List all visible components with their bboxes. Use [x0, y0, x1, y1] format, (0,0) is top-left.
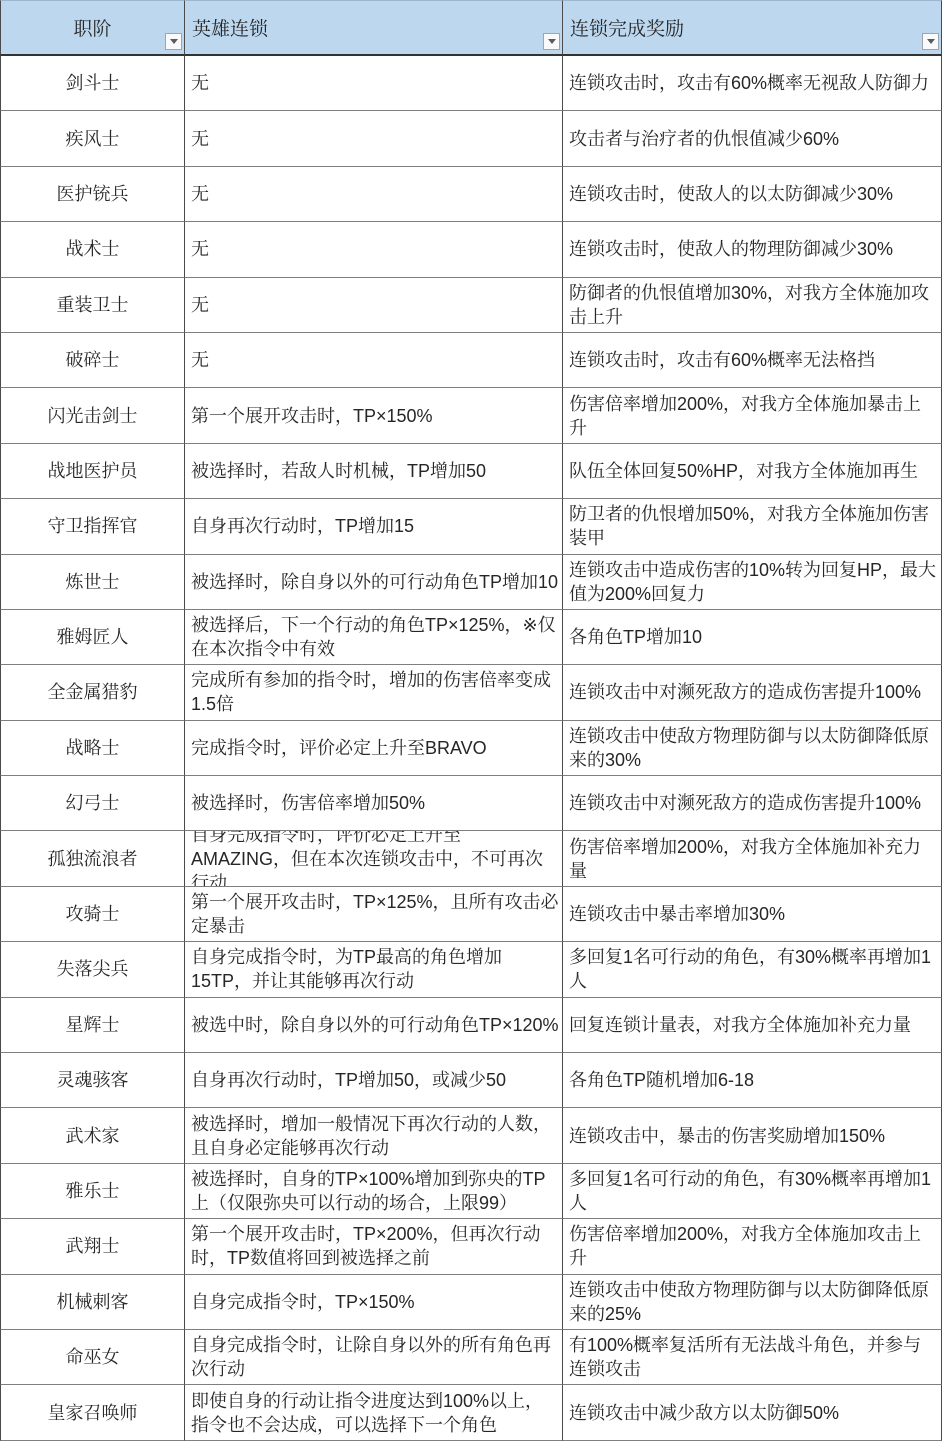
reward-cell-text: 多回复1名可行动的角色，有30%概率再增加1人	[569, 945, 938, 993]
hero-chain-cell[interactable]: 被选择时，除自身以外的可行动角色TP增加10	[185, 555, 563, 610]
class-cell-text: 守卫指挥官	[48, 514, 138, 538]
class-cell[interactable]: 剑斗士	[0, 56, 185, 111]
spreadsheet-viewport: 职阶 英雄连锁 连锁完成奖励 剑斗士无连锁攻击时，攻击有60%概率无视敌人防御力…	[0, 0, 942, 1441]
class-cell-text: 失落尖兵	[57, 957, 129, 981]
reward-cell[interactable]: 伤害倍率增加200%，对我方全体施加补充力量	[563, 831, 942, 886]
reward-cell-text: 防御者的仇恨值增加30%，对我方全体施加攻击上升	[569, 281, 938, 329]
hero-chain-cell[interactable]: 被选择时，自身的TP×100%增加到弥央的TP上（仅限弥央可以行动的场合，上限9…	[185, 1164, 563, 1219]
class-cell[interactable]: 炼世士	[0, 555, 185, 610]
class-cell[interactable]: 失落尖兵	[0, 942, 185, 997]
hero-chain-cell[interactable]: 被选择后，下一个行动的角色TP×125%，※仅在本次指令中有效	[185, 610, 563, 665]
class-cell[interactable]: 全金属猎豹	[0, 665, 185, 720]
reward-cell-text: 各角色TP增加10	[569, 625, 702, 649]
class-cell-text: 武术家	[66, 1124, 120, 1148]
hero-chain-cell-text: 自身完成指令时，TP×150%	[191, 1290, 415, 1314]
class-cell[interactable]: 武翔士	[0, 1219, 185, 1274]
hero-chain-cell[interactable]: 被选中时，除自身以外的可行动角色TP×120%	[185, 998, 563, 1053]
reward-cell[interactable]: 回复连锁计量表，对我方全体施加补充力量	[563, 998, 942, 1053]
chevron-down-icon	[170, 39, 178, 44]
class-cell[interactable]: 战地医护员	[0, 444, 185, 499]
class-cell[interactable]: 机械刺客	[0, 1275, 185, 1330]
hero-chain-cell[interactable]: 自身再次行动时，TP增加15	[185, 499, 563, 554]
class-cell-text: 战术士	[66, 237, 120, 261]
class-cell-text: 炼世士	[66, 570, 120, 594]
reward-cell-text: 连锁攻击中使敌方物理防御与以太防御降低原来的25%	[569, 1278, 938, 1326]
hero-chain-cell-text: 被选择后，下一个行动的角色TP×125%，※仅在本次指令中有效	[191, 613, 559, 661]
reward-cell[interactable]: 连锁攻击中对濒死敌方的造成伤害提升100%	[563, 776, 942, 831]
hero-chain-cell-text: 无	[191, 71, 209, 95]
class-cell-text: 武翔士	[66, 1234, 120, 1258]
reward-cell-text: 各角色TP随机增加6-18	[569, 1068, 754, 1092]
hero-chain-cell-text: 无	[191, 293, 209, 317]
column-header-reward-label: 连锁完成奖励	[570, 14, 684, 41]
hero-chain-cell[interactable]: 自身完成指令时，TP×150%	[185, 1275, 563, 1330]
filter-button-hero-chain[interactable]	[543, 33, 560, 50]
reward-cell[interactable]: 队伍全体回复50%HP，对我方全体施加再生	[563, 444, 942, 499]
reward-cell[interactable]: 连锁攻击时，使敌人的以太防御减少30%	[563, 167, 942, 222]
class-cell-text: 破碎士	[66, 348, 120, 372]
class-cell[interactable]: 幻弓士	[0, 776, 185, 831]
hero-chain-cell-text: 完成指令时，评价必定上升至BRAVO	[191, 736, 487, 760]
reward-cell-text: 多回复1名可行动的角色，有30%概率再增加1人	[569, 1167, 938, 1215]
class-cell[interactable]: 命巫女	[0, 1330, 185, 1385]
reward-cell-text: 连锁攻击中暴击率增加30%	[569, 902, 785, 926]
filter-button-reward[interactable]	[922, 33, 939, 50]
column-header-class-label: 职阶	[73, 14, 111, 41]
hero-chain-cell[interactable]: 第一个展开攻击时，TP×150%	[185, 388, 563, 443]
hero-chain-cell-text: 被选中时，除自身以外的可行动角色TP×120%	[191, 1013, 559, 1037]
class-cell-text: 疾风士	[66, 127, 120, 151]
reward-cell[interactable]: 防卫者的仇恨增加50%，对我方全体施加伤害装甲	[563, 499, 942, 554]
reward-cell-text: 攻击者与治疗者的仇恨值减少60%	[569, 127, 839, 151]
class-cell[interactable]: 守卫指挥官	[0, 499, 185, 554]
class-cell-text: 战略士	[66, 736, 120, 760]
reward-cell[interactable]: 连锁攻击中，暴击的伤害奖励增加150%	[563, 1108, 942, 1163]
class-cell-text: 战地医护员	[48, 459, 138, 483]
reward-cell-text: 连锁攻击时，使敌人的物理防御减少30%	[569, 237, 893, 261]
class-cell-text: 闪光击剑士	[48, 404, 138, 428]
hero-chain-cell[interactable]: 完成所有参加的指令时，增加的伤害倍率变成1.5倍	[185, 665, 563, 720]
reward-cell[interactable]: 连锁攻击中减少敌方以太防御50%	[563, 1385, 942, 1440]
reward-cell[interactable]: 连锁攻击中暴击率增加30%	[563, 887, 942, 942]
column-header-class[interactable]: 职阶	[0, 0, 185, 56]
class-cell-text: 幻弓士	[66, 791, 120, 815]
hero-chain-cell-text: 被选择时，若敌人时机械，TP增加50	[191, 459, 486, 483]
hero-chain-cell[interactable]: 自身完成指令时，为TP最高的角色增加15TP，并让其能够再次行动	[185, 942, 563, 997]
reward-cell-text: 伤害倍率增加200%，对我方全体施加攻击上升	[569, 1222, 938, 1270]
reward-cell[interactable]: 连锁攻击中使敌方物理防御与以太防御降低原来的30%	[563, 721, 942, 776]
hero-chain-cell[interactable]: 自身完成指令时，让除自身以外的所有角色再次行动	[185, 1330, 563, 1385]
class-cell[interactable]: 医护铳兵	[0, 167, 185, 222]
hero-chain-cell[interactable]: 被选择时，伤害倍率增加50%	[185, 776, 563, 831]
reward-cell[interactable]: 连锁攻击时，使敌人的物理防御减少30%	[563, 222, 942, 277]
class-cell-text: 孤独流浪者	[48, 847, 138, 871]
reward-cell-text: 连锁攻击中减少敌方以太防御50%	[569, 1401, 839, 1425]
hero-chain-cell-text: 无	[191, 182, 209, 206]
reward-cell-text: 连锁攻击中对濒死敌方的造成伤害提升100%	[569, 791, 921, 815]
class-cell[interactable]: 闪光击剑士	[0, 388, 185, 443]
reward-cell-text: 连锁攻击时，攻击有60%概率无法格挡	[569, 348, 875, 372]
class-cell[interactable]: 攻骑士	[0, 887, 185, 942]
hero-chain-cell[interactable]: 完成指令时，评价必定上升至BRAVO	[185, 721, 563, 776]
hero-chain-cell-text: 完成所有参加的指令时，增加的伤害倍率变成1.5倍	[191, 668, 559, 716]
class-cell-text: 全金属猎豹	[48, 680, 138, 704]
hero-chain-cell-text: 被选择时，伤害倍率增加50%	[191, 791, 425, 815]
hero-chain-cell[interactable]: 被选择时，增加一般情况下再次行动的人数，且自身必定能够再次行动	[185, 1108, 563, 1163]
reward-cell[interactable]: 连锁攻击时，攻击有60%概率无视敌人防御力	[563, 56, 942, 111]
column-header-hero-chain[interactable]: 英雄连锁	[185, 0, 563, 56]
hero-chain-cell-text: 被选择时，增加一般情况下再次行动的人数，且自身必定能够再次行动	[191, 1112, 559, 1160]
hero-chain-cell[interactable]: 无	[185, 56, 563, 111]
reward-cell[interactable]: 连锁攻击中对濒死敌方的造成伤害提升100%	[563, 665, 942, 720]
class-cell[interactable]: 雅姆匠人	[0, 610, 185, 665]
class-cell[interactable]: 星辉士	[0, 998, 185, 1053]
column-header-hero-chain-label: 英雄连锁	[192, 14, 268, 41]
reward-cell-text: 连锁攻击中，暴击的伤害奖励增加150%	[569, 1124, 885, 1148]
reward-cell-text: 回复连锁计量表，对我方全体施加补充力量	[569, 1013, 911, 1037]
hero-chain-cell[interactable]: 自身再次行动时，TP增加50，或减少50	[185, 1053, 563, 1108]
class-cell-text: 命巫女	[66, 1345, 120, 1369]
reward-cell[interactable]: 攻击者与治疗者的仇恨值减少60%	[563, 111, 942, 166]
class-cell[interactable]: 重装卫士	[0, 278, 185, 333]
reward-cell[interactable]: 多回复1名可行动的角色，有30%概率再增加1人	[563, 942, 942, 997]
class-cell[interactable]: 雅乐士	[0, 1164, 185, 1219]
class-cell-text: 灵魂骇客	[57, 1068, 129, 1092]
class-cell-text: 机械刺客	[57, 1290, 129, 1314]
reward-cell-text: 连锁攻击中使敌方物理防御与以太防御降低原来的30%	[569, 724, 938, 772]
reward-cell-text: 连锁攻击时，使敌人的以太防御减少30%	[569, 182, 893, 206]
reward-cell[interactable]: 连锁攻击中造成伤害的10%转为回复HP，最大值为200%回复力	[563, 555, 942, 610]
reward-cell[interactable]: 有100%概率复活所有无法战斗角色，并参与连锁攻击	[563, 1330, 942, 1385]
reward-cell[interactable]: 伤害倍率增加200%，对我方全体施加暴击上升	[563, 388, 942, 443]
hero-chain-cell[interactable]: 无	[185, 333, 563, 388]
class-cell[interactable]: 战略士	[0, 721, 185, 776]
reward-cell-text: 伤害倍率增加200%，对我方全体施加暴击上升	[569, 392, 938, 440]
class-cell[interactable]: 皇家召唤师	[0, 1385, 185, 1440]
hero-chain-cell-text: 无	[191, 127, 209, 151]
hero-chain-cell-text: 自身再次行动时，TP增加50，或减少50	[191, 1068, 506, 1092]
hero-chain-cell[interactable]: 即使自身的行动让指令进度达到100%以上，指令也不会达成，可以选择下一个角色	[185, 1385, 563, 1440]
class-cell-text: 雅姆匠人	[57, 625, 129, 649]
hero-chain-cell-text: 第一个展开攻击时，TP×200%，但再次行动时，TP数值将回到被选择之前	[191, 1222, 559, 1270]
hero-chain-cell-text: 自身再次行动时，TP增加15	[191, 514, 414, 538]
reward-cell-text: 连锁攻击时，攻击有60%概率无视敌人防御力	[569, 71, 929, 95]
hero-chain-cell[interactable]: 无	[185, 167, 563, 222]
hero-chain-cell[interactable]: 自身完成指令时，评价必定上升至AMAZING，但在本次连锁攻击中，不可再次行动	[185, 831, 563, 886]
hero-chain-cell-text: 自身完成指令时，为TP最高的角色增加15TP，并让其能够再次行动	[191, 945, 559, 993]
class-cell[interactable]: 战术士	[0, 222, 185, 277]
class-cell[interactable]: 破碎士	[0, 333, 185, 388]
reward-cell-text: 伤害倍率增加200%，对我方全体施加补充力量	[569, 835, 938, 883]
hero-chain-cell-text: 无	[191, 348, 209, 372]
hero-chain-cell[interactable]: 第一个展开攻击时，TP×125%，且所有攻击必定暴击	[185, 887, 563, 942]
hero-chain-cell-text: 被选择时，除自身以外的可行动角色TP增加10	[191, 570, 558, 594]
reward-cell-text: 队伍全体回复50%HP，对我方全体施加再生	[569, 459, 918, 483]
reward-cell[interactable]: 各角色TP增加10	[563, 610, 942, 665]
reward-cell[interactable]: 连锁攻击中使敌方物理防御与以太防御降低原来的25%	[563, 1275, 942, 1330]
reward-cell[interactable]: 连锁攻击时，攻击有60%概率无法格挡	[563, 333, 942, 388]
hero-chain-cell[interactable]: 被选择时，若敌人时机械，TP增加50	[185, 444, 563, 499]
class-cell-text: 皇家召唤师	[48, 1401, 138, 1425]
reward-cell-text: 连锁攻击中对濒死敌方的造成伤害提升100%	[569, 680, 921, 704]
reward-cell[interactable]: 多回复1名可行动的角色，有30%概率再增加1人	[563, 1164, 942, 1219]
class-cell-text: 攻骑士	[66, 902, 120, 926]
class-cell[interactable]: 孤独流浪者	[0, 831, 185, 886]
class-cell-text: 医护铳兵	[57, 182, 129, 206]
class-cell[interactable]: 武术家	[0, 1108, 185, 1163]
hero-chain-cell[interactable]: 无	[185, 222, 563, 277]
reward-cell-text: 连锁攻击中造成伤害的10%转为回复HP，最大值为200%回复力	[569, 558, 938, 606]
column-header-reward[interactable]: 连锁完成奖励	[563, 0, 942, 56]
hero-chain-cell[interactable]: 无	[185, 111, 563, 166]
class-cell-text: 星辉士	[66, 1013, 120, 1037]
reward-cell[interactable]: 各角色TP随机增加6-18	[563, 1053, 942, 1108]
hero-chain-cell[interactable]: 无	[185, 278, 563, 333]
hero-chain-cell-text: 第一个展开攻击时，TP×150%	[191, 404, 433, 428]
chevron-down-icon	[927, 39, 935, 44]
reward-cell-text: 防卫者的仇恨增加50%，对我方全体施加伤害装甲	[569, 502, 938, 550]
hero-chain-cell-text: 自身完成指令时，让除自身以外的所有角色再次行动	[191, 1333, 559, 1381]
class-cell-text: 重装卫士	[57, 293, 129, 317]
hero-chain-cell-text: 即使自身的行动让指令进度达到100%以上，指令也不会达成，可以选择下一个角色	[191, 1389, 559, 1437]
class-cell[interactable]: 疾风士	[0, 111, 185, 166]
reward-cell-text: 有100%概率复活所有无法战斗角色，并参与连锁攻击	[569, 1333, 938, 1381]
hero-chain-cell-text: 自身完成指令时，评价必定上升至AMAZING，但在本次连锁攻击中，不可再次行动	[191, 831, 559, 886]
class-cell-text: 剑斗士	[66, 71, 120, 95]
hero-chain-cell-text: 无	[191, 237, 209, 261]
class-chain-table: 职阶 英雄连锁 连锁完成奖励 剑斗士无连锁攻击时，攻击有60%概率无视敌人防御力…	[0, 0, 942, 1441]
chevron-down-icon	[548, 39, 556, 44]
class-cell-text: 雅乐士	[66, 1179, 120, 1203]
hero-chain-cell-text: 第一个展开攻击时，TP×125%，且所有攻击必定暴击	[191, 890, 559, 938]
hero-chain-cell-text: 被选择时，自身的TP×100%增加到弥央的TP上（仅限弥央可以行动的场合，上限9…	[191, 1167, 559, 1215]
hero-chain-cell[interactable]: 第一个展开攻击时，TP×200%，但再次行动时，TP数值将回到被选择之前	[185, 1219, 563, 1274]
reward-cell[interactable]: 伤害倍率增加200%，对我方全体施加攻击上升	[563, 1219, 942, 1274]
reward-cell[interactable]: 防御者的仇恨值增加30%，对我方全体施加攻击上升	[563, 278, 942, 333]
filter-button-class[interactable]	[165, 33, 182, 50]
class-cell[interactable]: 灵魂骇客	[0, 1053, 185, 1108]
